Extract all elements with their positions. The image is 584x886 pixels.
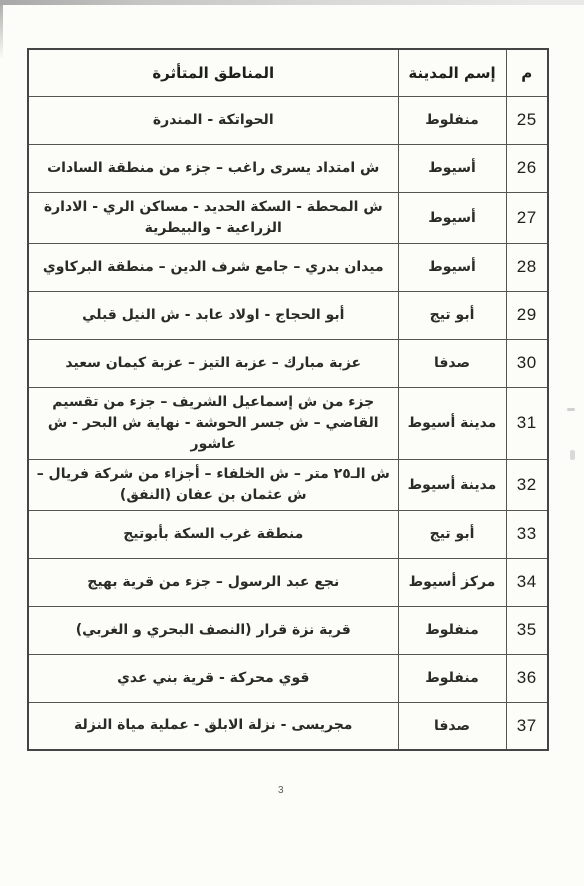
city-name-cell: أسيوط [398,144,506,192]
city-name-cell: صدفا [398,339,506,387]
city-name-cell: مركز أسيوط [398,558,506,606]
affected-areas-cell: مجريسى - نزلة الابلق - عملية مياة النزلة [28,702,398,750]
row-number-cell: 35 [506,606,548,654]
header-index: م [506,49,548,96]
city-name-cell: أبو تيج [398,510,506,558]
city-name-cell: مدينة أسيوط [398,459,506,510]
row-number-cell: 28 [506,243,548,291]
affected-areas-cell: منطقة غرب السكة بأبوتيج [28,510,398,558]
affected-areas-cell: أبو الحجاج - اولاد عابد - ش النيل قبلي [28,291,398,339]
scan-edge-top [0,0,584,5]
affected-areas-cell: عزبة مبارك – عزبة التيز – عزبة كيمان سعي… [28,339,398,387]
row-number-cell: 26 [506,144,548,192]
city-name-cell: أسيوط [398,192,506,243]
table-row: 26 أسيوط ش امتداد يسرى راغب – جزء من منط… [28,144,548,192]
table-row: 28 أسيوط ميدان بدري – جامع شرف الدين – م… [28,243,548,291]
table-row: 31 مدينة أسيوط جزء من ش إسماعيل الشريف –… [28,387,548,459]
row-number-cell: 34 [506,558,548,606]
city-name-cell: مدينة أسيوط [398,387,506,459]
row-number-cell: 31 [506,387,548,459]
scan-artifact [570,450,575,460]
row-number-cell: 25 [506,96,548,144]
affected-areas-cell: ش الـ٢٥ متر – ش الخلفاء – أجزاء من شركة … [28,459,398,510]
table-row: 30 صدفا عزبة مبارك – عزبة التيز – عزبة ك… [28,339,548,387]
affected-areas-cell: قوي محركة - قرية بني عدي [28,654,398,702]
affected-areas-cell: نجع عبد الرسول – جزء من قرية بهيج [28,558,398,606]
row-number-cell: 30 [506,339,548,387]
affected-areas-cell: ش امتداد يسرى راغب – جزء من منطقة السادا… [28,144,398,192]
affected-areas-table: م إسم المدينة المناطق المتأثرة 25 منفلوط… [27,48,549,751]
table-row: 25 منفلوط الحواتكة - المندرة [28,96,548,144]
header-city-name: إسم المدينة [398,49,506,96]
document-page: م إسم المدينة المناطق المتأثرة 25 منفلوط… [0,0,584,886]
table-row: 29 أبو تيج أبو الحجاج - اولاد عابد - ش ا… [28,291,548,339]
affected-areas-cell: الحواتكة - المندرة [28,96,398,144]
row-number-cell: 36 [506,654,548,702]
row-number-cell: 33 [506,510,548,558]
affected-areas-cell: جزء من ش إسماعيل الشريف – جزء من تقسيم ا… [28,387,398,459]
city-name-cell: أبو تيج [398,291,506,339]
table-row: 37 صدفا مجريسى - نزلة الابلق - عملية ميا… [28,702,548,750]
row-number-cell: 32 [506,459,548,510]
scan-edge-left [0,0,3,60]
table-header-row: م إسم المدينة المناطق المتأثرة [28,49,548,96]
header-affected-areas: المناطق المتأثرة [28,49,398,96]
affected-areas-cell: ميدان بدري – جامع شرف الدين – منطقة البر… [28,243,398,291]
city-name-cell: منفلوط [398,654,506,702]
city-name-cell: أسيوط [398,243,506,291]
page-number: 3 [278,785,284,796]
row-number-cell: 29 [506,291,548,339]
city-name-cell: منفلوط [398,606,506,654]
table-row: 35 منفلوط قرية نزة قرار (النصف البحري و … [28,606,548,654]
city-name-cell: منفلوط [398,96,506,144]
table-row: 33 أبو تيج منطقة غرب السكة بأبوتيج [28,510,548,558]
row-number-cell: 27 [506,192,548,243]
table-row: 27 أسيوط ش المحطة - السكة الحديد - مساكن… [28,192,548,243]
table-row: 34 مركز أسيوط نجع عبد الرسول – جزء من قر… [28,558,548,606]
row-number-cell: 37 [506,702,548,750]
scan-artifact [567,408,575,411]
city-name-cell: صدفا [398,702,506,750]
affected-areas-cell: قرية نزة قرار (النصف البحري و الغربي) [28,606,398,654]
affected-areas-cell: ش المحطة - السكة الحديد - مساكن الري - ا… [28,192,398,243]
table-row: 32 مدينة أسيوط ش الـ٢٥ متر – ش الخلفاء –… [28,459,548,510]
table-row: 36 منفلوط قوي محركة - قرية بني عدي [28,654,548,702]
